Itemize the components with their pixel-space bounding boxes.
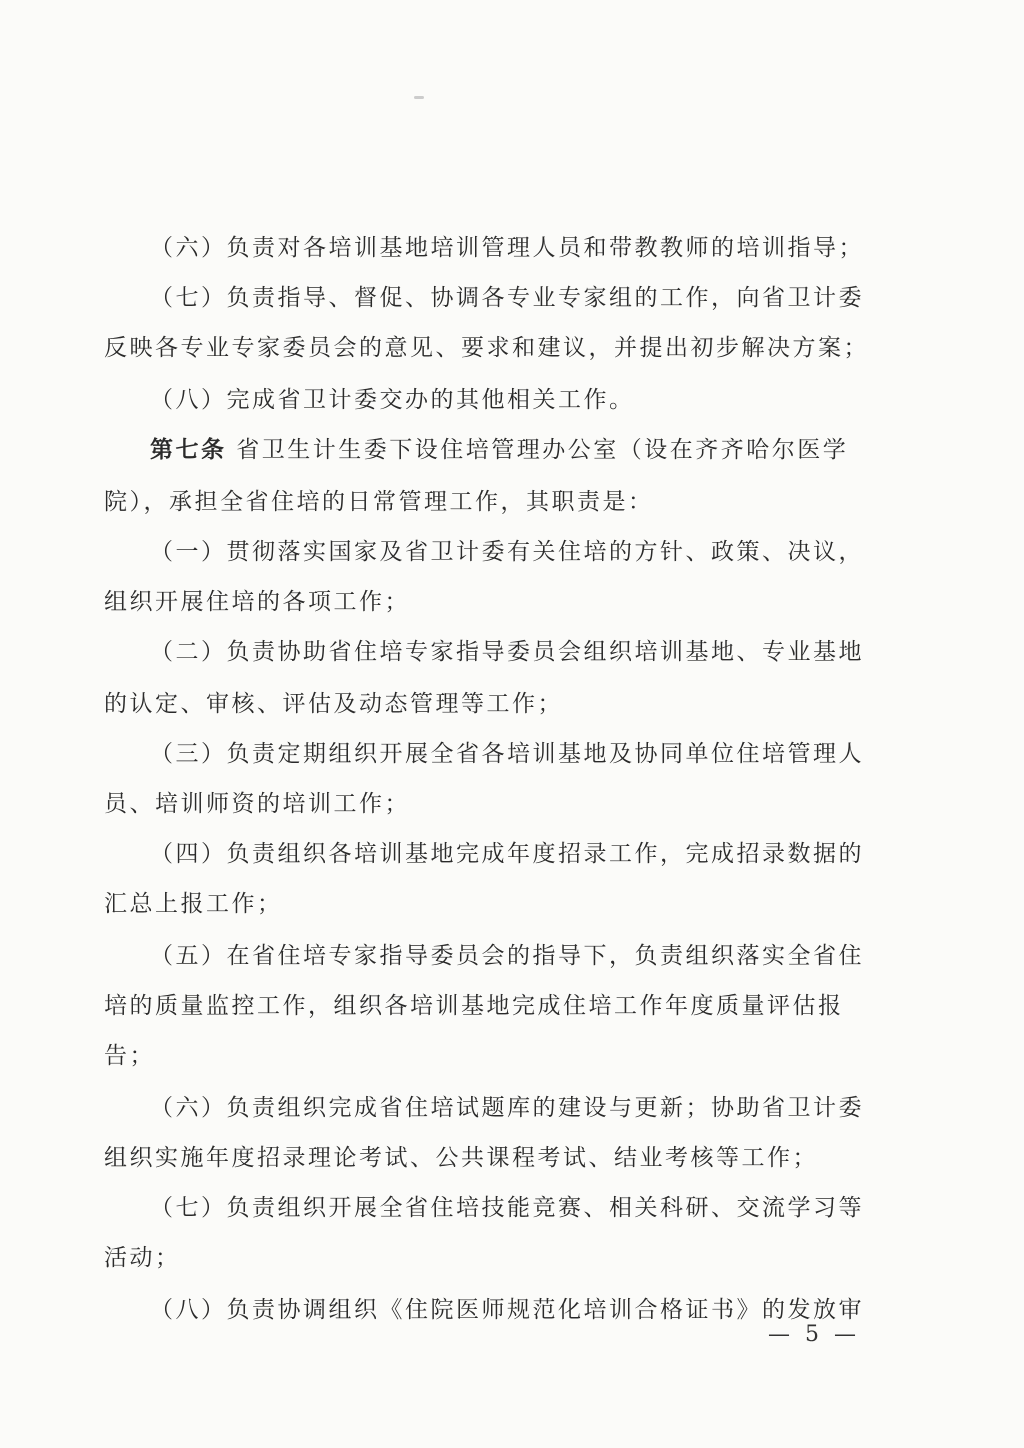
line-text: 活动； [104,1245,181,1271]
line-text: 省卫生计生委下设住培管理办公室（设在齐齐哈尔医学 [227,437,849,463]
line-text: （六）负责组织完成省住培试题库的建设与更新；协助省卫计委 [150,1095,864,1121]
text-line: 培的质量监控工作，组织各培训基地完成住培工作年度质量评估报 [104,990,884,1022]
line-text: 告； [104,1043,155,1069]
text-line: 活动； [104,1242,884,1274]
text-line: （四）负责组织各培训基地完成年度招录工作，完成招录数据的 [150,838,930,870]
line-text: （三）负责定期组织开展全省各培训基地及协同单位住培管理人 [150,741,864,767]
text-line: 员、培训师资的培训工作； [104,788,884,820]
text-line: 告； [104,1040,884,1072]
article-heading: 第七条 [150,436,227,463]
document-page: （六）负责对各培训基地培训管理人员和带教教师的培训指导；（七）负责指导、督促、协… [0,0,1024,1448]
page-number: — 5 — [768,1322,860,1347]
line-text: （四）负责组织各培训基地完成年度招录工作，完成招录数据的 [150,841,864,867]
line-text: （二）负责协助省住培专家指导委员会组织培训基地、专业基地 [150,639,864,665]
text-line: （一）贯彻落实国家及省卫计委有关住培的方针、政策、决议， [150,536,930,568]
line-text: 汇总上报工作； [104,891,283,917]
line-text: （六）负责对各培训基地培训管理人员和带教教师的培训指导； [150,235,864,261]
scan-artifact [414,96,424,99]
text-line: （七）负责指导、督促、协调各专业专家组的工作，向省卫计委 [150,282,930,314]
text-line: （二）负责协助省住培专家指导委员会组织培训基地、专业基地 [150,636,930,668]
line-text: 培的质量监控工作，组织各培训基地完成住培工作年度质量评估报 [104,993,844,1019]
line-text: （八）负责协调组织《住院医师规范化培训合格证书》的发放审 [150,1297,864,1323]
text-line: 组织实施年度招录理论考试、公共课程考试、结业考核等工作； [104,1142,884,1174]
text-line: （七）负责组织开展全省住培技能竞赛、相关科研、交流学习等 [150,1192,930,1224]
line-text: （七）负责组织开展全省住培技能竞赛、相关科研、交流学习等 [150,1195,864,1221]
line-text: 反映各专业专家委员会的意见、要求和建议，并提出初步解决方案； [104,335,869,361]
text-line: 的认定、审核、评估及动态管理等工作； [104,688,884,720]
line-text: 员、培训师资的培训工作； [104,791,410,817]
text-line: （三）负责定期组织开展全省各培训基地及协同单位住培管理人 [150,738,930,770]
text-line: （八）完成省卫计委交办的其他相关工作。 [150,384,930,416]
line-text: 院），承担全省住培的日常管理工作，其职责是： [104,489,654,515]
line-text: （一）贯彻落实国家及省卫计委有关住培的方针、政策、决议， [150,539,864,565]
text-line: 反映各专业专家委员会的意见、要求和建议，并提出初步解决方案； [104,332,884,364]
text-line: （六）负责对各培训基地培训管理人员和带教教师的培训指导； [150,232,930,264]
text-line: 院），承担全省住培的日常管理工作，其职责是： [104,486,884,518]
text-line: 第七条 省卫生计生委下设住培管理办公室（设在齐齐哈尔医学 [150,434,930,466]
text-line: 组织开展住培的各项工作； [104,586,884,618]
text-line: （五）在省住培专家指导委员会的指导下，负责组织落实全省住 [150,940,930,972]
line-text: 组织开展住培的各项工作； [104,589,410,615]
line-text: （五）在省住培专家指导委员会的指导下，负责组织落实全省住 [150,943,864,969]
line-text: 的认定、审核、评估及动态管理等工作； [104,691,563,717]
line-text: （七）负责指导、督促、协调各专业专家组的工作，向省卫计委 [150,285,864,311]
text-line: （六）负责组织完成省住培试题库的建设与更新；协助省卫计委 [150,1092,930,1124]
line-text: 组织实施年度招录理论考试、公共课程考试、结业考核等工作； [104,1145,818,1171]
text-line: 汇总上报工作； [104,888,884,920]
line-text: （八）完成省卫计委交办的其他相关工作。 [150,387,635,413]
